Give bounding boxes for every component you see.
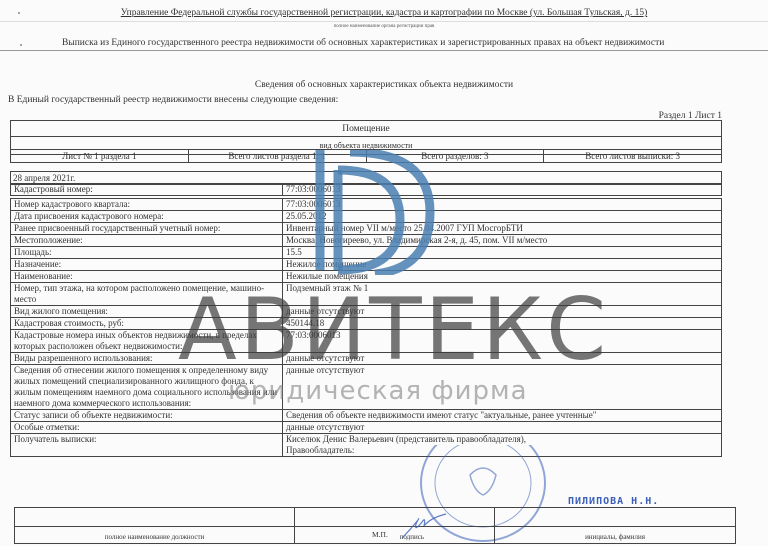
table-row: Кадастровые номера иных объектов недвижи…	[11, 330, 722, 353]
row-key: Статус записи об объекте недвижимости:	[11, 410, 283, 422]
name-caption: инициалы, фамилия	[495, 527, 736, 544]
table-row: Сведения об отнесении жилого помещения к…	[11, 365, 722, 410]
scan-speck	[20, 44, 22, 46]
row-key: Кадастровый номер:	[11, 184, 283, 196]
position-caption: полное наименование должности	[15, 527, 295, 544]
row-value: Нежилое помещение	[283, 259, 722, 271]
section-sheets-total: Всего листов раздела 1: 1	[189, 150, 367, 162]
cadastral-number-table: Кадастровый номер: 77:03:0006013	[10, 183, 722, 196]
row-key: Ранее присвоенный государственный учетны…	[11, 223, 283, 235]
table-row: Кадастровый номер: 77:03:0006013	[11, 184, 722, 196]
sheets-row: Лист № 1 раздела 1 Всего листов раздела …	[10, 149, 722, 163]
row-value: 450144.18	[283, 318, 722, 330]
table-row: Номер кадастрового квартала:77:03:000601…	[11, 199, 722, 211]
registration-authority: Управление Федеральной службы государств…	[0, 8, 768, 18]
row-value: 77:03:0006013	[283, 184, 722, 196]
sheet-number: Лист № 1 раздела 1	[11, 150, 189, 162]
signature-caption: подпись	[295, 527, 495, 544]
row-value: Инвентарный номер VII м/место 25.04.2007…	[283, 223, 722, 235]
properties-table: Номер кадастрового квартала:77:03:000601…	[10, 198, 722, 457]
row-key: Номер кадастрового квартала:	[11, 199, 283, 211]
document-title: Сведения об основных характеристиках объ…	[0, 80, 768, 90]
row-key: Получатель выписки:	[11, 434, 283, 457]
table-row: Особые отметки:данные отсутствуют	[11, 422, 722, 434]
position-cell	[15, 508, 295, 527]
divider	[0, 50, 768, 51]
authority-name: Управление Федеральной службы государств…	[121, 8, 648, 18]
intro-text: В Единый государственный реестр недвижим…	[8, 95, 338, 105]
table-row: Получатель выписки:Киселюк Денис Валерье…	[11, 434, 722, 457]
row-key: Номер, тип этажа, на котором расположено…	[11, 283, 283, 306]
table-row: Ранее присвоенный государственный учетны…	[11, 223, 722, 235]
row-value: Киселюк Денис Валерьевич (представитель …	[283, 434, 722, 457]
row-value: 77:03:0006013	[283, 199, 722, 211]
signer-name-stamp: ПИЛИПОВА Н.Н.	[568, 496, 659, 507]
row-key: Местоположение:	[11, 235, 283, 247]
table-row: Наименование:Нежилые помещения	[11, 271, 722, 283]
sections-total: Всего разделов: 3	[367, 150, 545, 162]
row-key: Дата присвоения кадастрового номера:	[11, 211, 283, 223]
row-key: Сведения об отнесении жилого помещения к…	[11, 365, 283, 410]
authority-caption: полное наименование органа регистрации п…	[0, 24, 768, 29]
row-value: данные отсутствуют	[283, 365, 722, 410]
row-key: Назначение:	[11, 259, 283, 271]
table-row: Назначение:Нежилое помещение	[11, 259, 722, 271]
table-row: Кадастровая стоимость, руб:450144.18	[11, 318, 722, 330]
row-value: Москва, Новогиреево, ул. Владимирская 2-…	[283, 235, 722, 247]
row-key: Виды разрешенного использования:	[11, 353, 283, 365]
table-row: Вид жилого помещения:данные отсутствуют	[11, 306, 722, 318]
row-key: Площадь:	[11, 247, 283, 259]
object-type: Помещение	[11, 121, 721, 137]
table-row: Дата присвоения кадастрового номера:25.0…	[11, 211, 722, 223]
table-row: Номер, тип этажа, на котором расположено…	[11, 283, 722, 306]
row-key: Кадастровая стоимость, руб:	[11, 318, 283, 330]
table-row: Площадь:15.5	[11, 247, 722, 259]
extract-sheets-total: Всего листов выписки: 3	[544, 150, 721, 162]
table-row: Виды разрешенного использования:данные о…	[11, 353, 722, 365]
seal-caption: М.П.	[372, 530, 388, 539]
row-value: Подземный этаж № 1	[283, 283, 722, 306]
row-value: данные отсутствуют	[283, 353, 722, 365]
row-key: Кадастровые номера иных объектов недвижи…	[11, 330, 283, 353]
signature-cell	[295, 508, 495, 527]
row-value: 77:03:0006013	[283, 330, 722, 353]
row-value: Сведения об объекте недвижимости имеют с…	[283, 410, 722, 422]
row-value: данные отсутствуют	[283, 306, 722, 318]
row-key: Наименование:	[11, 271, 283, 283]
name-cell	[495, 508, 736, 527]
row-value: Нежилые помещения	[283, 271, 722, 283]
row-key: Особые отметки:	[11, 422, 283, 434]
row-value: 25.05.2012	[283, 211, 722, 223]
row-value: данные отсутствуют	[283, 422, 722, 434]
row-value: 15.5	[283, 247, 722, 259]
table-row: Местоположение:Москва, Новогиреево, ул. …	[11, 235, 722, 247]
divider	[0, 21, 768, 22]
row-key: Вид жилого помещения:	[11, 306, 283, 318]
extract-title: Выписка из Единого государственного реес…	[62, 38, 664, 48]
table-row: Статус записи об объекте недвижимости:Св…	[11, 410, 722, 422]
